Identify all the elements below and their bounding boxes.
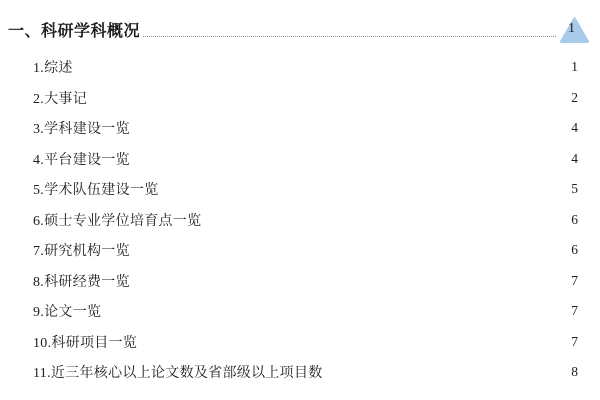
toc-item-page: 7 (566, 334, 578, 350)
toc-item-row[interactable]: 3.学科建设一览 4 (33, 113, 578, 144)
toc-item-row[interactable]: 8.科研经费一览 7 (33, 266, 578, 297)
toc-item-row[interactable]: 9.论文一览 7 (33, 296, 578, 327)
toc-item-label: 1.综述 (33, 57, 73, 77)
toc-heading-page-number: 1 (559, 22, 584, 36)
toc-item-page: 2 (566, 90, 578, 106)
toc-item-row[interactable]: 10.科研项目一览 7 (33, 327, 578, 358)
toc-item-label: 9.论文一览 (33, 301, 101, 321)
dotted-leader (143, 36, 556, 37)
toc-heading-label: 一、科研学科概况 (8, 18, 140, 41)
toc-item-row[interactable]: 6.硕士专业学位培育点一览 6 (33, 205, 578, 236)
toc-item-page: 4 (566, 151, 578, 167)
toc-item-row[interactable]: 11.近三年核心以上论文数及省部级以上项目数 8 (33, 357, 578, 388)
toc-item-row[interactable]: 5.学术队伍建设一览 5 (33, 174, 578, 205)
toc-heading-row[interactable]: 一、科研学科概况 1 (8, 15, 590, 43)
toc-item-page: 6 (566, 242, 578, 258)
toc-item-label: 6.硕士专业学位培育点一览 (33, 210, 201, 230)
toc-item-label: 5.学术队伍建设一览 (33, 179, 159, 199)
toc-item-label: 8.科研经费一览 (33, 271, 130, 291)
toc-item-row[interactable]: 4.平台建设一览 4 (33, 144, 578, 175)
toc-item-page: 8 (566, 364, 578, 380)
toc-item-page: 1 (566, 59, 578, 75)
toc-item-label: 11.近三年核心以上论文数及省部级以上项目数 (33, 362, 323, 382)
toc-item-row[interactable]: 1.综述 1 (33, 52, 578, 83)
toc-item-page: 7 (566, 273, 578, 289)
toc-list: 1.综述 1 2.大事记 2 3.学科建设一览 4 4.平台建设一览 4 5.学… (33, 52, 578, 388)
bookmark-triangle-icon: 1 (559, 16, 590, 44)
toc-item-page: 6 (566, 212, 578, 228)
toc-item-page: 5 (566, 181, 578, 197)
toc-item-page: 7 (566, 303, 578, 319)
toc-item-label: 7.研究机构一览 (33, 240, 130, 260)
toc-item-label: 10.科研项目一览 (33, 332, 137, 352)
toc-item-row[interactable]: 7.研究机构一览 6 (33, 235, 578, 266)
toc-item-label: 3.学科建设一览 (33, 118, 130, 138)
document-page: 一、科研学科概况 1 1.综述 1 2.大事记 2 3.学科建设一览 4 4.平… (0, 0, 600, 400)
toc-item-page: 4 (566, 120, 578, 136)
toc-item-row[interactable]: 2.大事记 2 (33, 83, 578, 114)
toc-item-label: 4.平台建设一览 (33, 149, 130, 169)
toc-item-label: 2.大事记 (33, 88, 87, 108)
